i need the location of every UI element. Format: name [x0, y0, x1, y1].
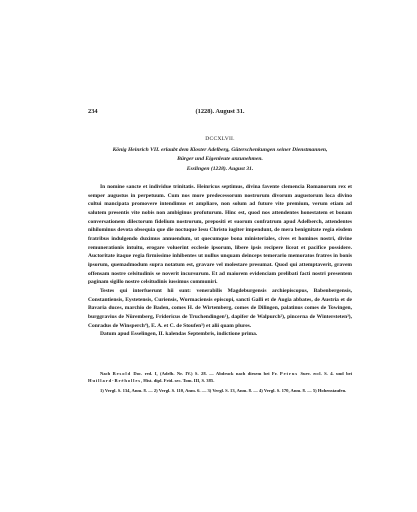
footnotes: 1) Vergl. S. 134, Anm. 8. — 2) Vergl. S.… — [88, 387, 352, 394]
datum-line: Datum apud Esselingen, II. kalendas Sept… — [88, 330, 352, 339]
source-author: Petrus — [280, 371, 298, 376]
summary-line-1: König Heinrich VII. erlaubt dem Kloster … — [88, 146, 352, 155]
witnesses-paragraph: Testes qui interfuerunt hii sunt: venera… — [88, 287, 352, 330]
source-note-text: Doc. red. I, (Adelb. Nr. IV.) S. 28. — A… — [131, 371, 280, 376]
summary-line-2: Bürger und Eigenleute anzunehmen. — [88, 155, 352, 164]
source-author: Huillard-Bréholles — [88, 378, 141, 383]
document-summary: König Heinrich VII. erlaubt dem Kloster … — [88, 146, 352, 163]
running-head: 234 (1228). August 31. — [88, 108, 352, 118]
source-note-text: Nach — [100, 371, 113, 376]
charter-paragraph-1: In nomine sancte et individue trinitatis… — [88, 183, 352, 287]
source-author: Besold — [113, 371, 131, 376]
charter-text: In nomine sancte et individue trinitatis… — [88, 183, 352, 339]
source-note: Nach Besold Doc. red. I, (Adelb. Nr. IV.… — [88, 370, 352, 385]
source-note-text: Suev. eccl. S. 4. und bei — [298, 371, 352, 376]
place-and-date: Esslingen (1228). August 31. — [88, 166, 352, 172]
document-number: DCCXLVII. — [88, 136, 352, 142]
source-note-text: , Hist. dipl. Frid. sec. Tom. III, S. 38… — [141, 378, 214, 383]
running-head-date: (1228). August 31. — [88, 108, 352, 115]
